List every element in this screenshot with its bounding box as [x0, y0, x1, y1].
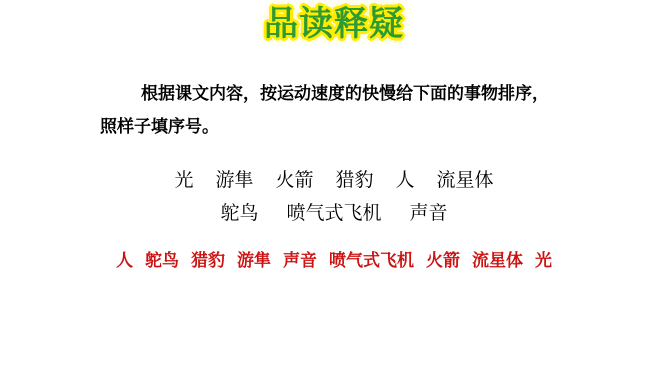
word-bank-item: 声音 [410, 198, 448, 225]
word-bank-row-1: 光游隼火箭猎豹人流星体 [0, 162, 668, 195]
slide-title: 品读释疑 [0, 2, 668, 46]
answer-item: 鸵鸟 [145, 246, 179, 271]
word-bank-item: 光 [174, 165, 193, 192]
answer-item: 人 [116, 246, 133, 271]
word-bank-item: 流星体 [437, 165, 494, 192]
answer-item: 喷气式飞机 [329, 246, 414, 271]
answer-item: 火箭 [426, 246, 460, 271]
answer-item: 游隼 [237, 246, 271, 271]
word-bank: 光游隼火箭猎豹人流星体 鸵鸟喷气式飞机声音 [0, 162, 668, 228]
question-paragraph: 根据课文内容，按运动速度的快慢给下面的事物排序， 照样子填序号。 [100, 77, 562, 143]
answer-item: 声音 [283, 246, 317, 271]
answer-item: 流星体 [472, 246, 523, 271]
word-bank-item: 喷气式飞机 [286, 198, 381, 225]
answer-item: 猎豹 [191, 246, 225, 271]
word-bank-row-2: 鸵鸟喷气式飞机声音 [0, 195, 668, 228]
answer-item: 光 [535, 246, 552, 271]
question-line-2: 照样子填序号。 [100, 110, 562, 143]
slide: 品读释疑 根据课文内容，按运动速度的快慢给下面的事物排序， 照样子填序号。 光游… [0, 0, 668, 376]
question-line-1: 根据课文内容，按运动速度的快慢给下面的事物排序， [100, 77, 562, 110]
word-bank-item: 游隼 [215, 165, 253, 192]
word-bank-item: 鸵鸟 [220, 198, 258, 225]
answer-row: 人鸵鸟猎豹游隼声音喷气式飞机火箭流星体光 [0, 246, 668, 271]
word-bank-item: 人 [396, 165, 415, 192]
word-bank-item: 火箭 [275, 165, 313, 192]
word-bank-item: 猎豹 [336, 165, 374, 192]
